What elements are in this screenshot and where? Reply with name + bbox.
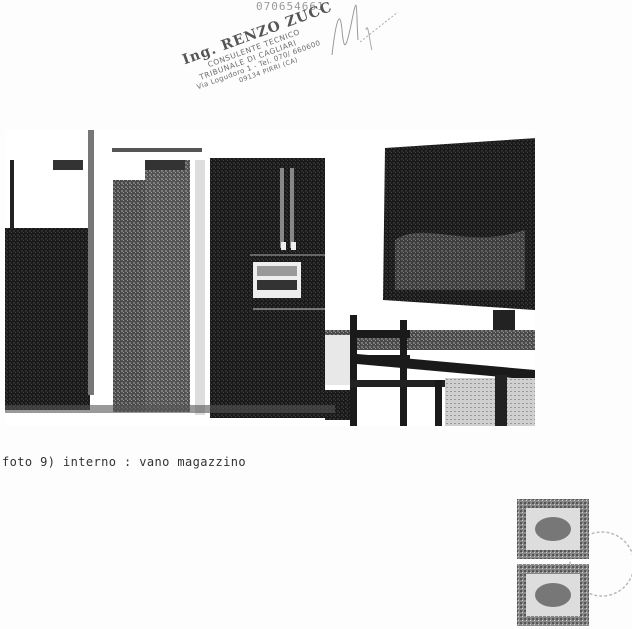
professional-stamp: Ing. RENZO ZUCC CONSULENTE TECNICO TRIBU… <box>180 0 389 138</box>
doorway <box>113 180 145 412</box>
interior-photo <box>5 130 535 426</box>
revenue-stamps <box>512 494 632 629</box>
document-page: 070654661 Ing. RENZO ZUCC CONSULENTE TEC… <box>0 0 632 629</box>
revenue-stamp-2 <box>517 564 589 626</box>
door-handle-icon <box>53 160 83 170</box>
left-wall-dark-panel <box>5 228 90 410</box>
revenue-stamp-1 <box>517 499 589 559</box>
photo-caption: foto 9) interno : vano magazzino <box>2 455 246 469</box>
